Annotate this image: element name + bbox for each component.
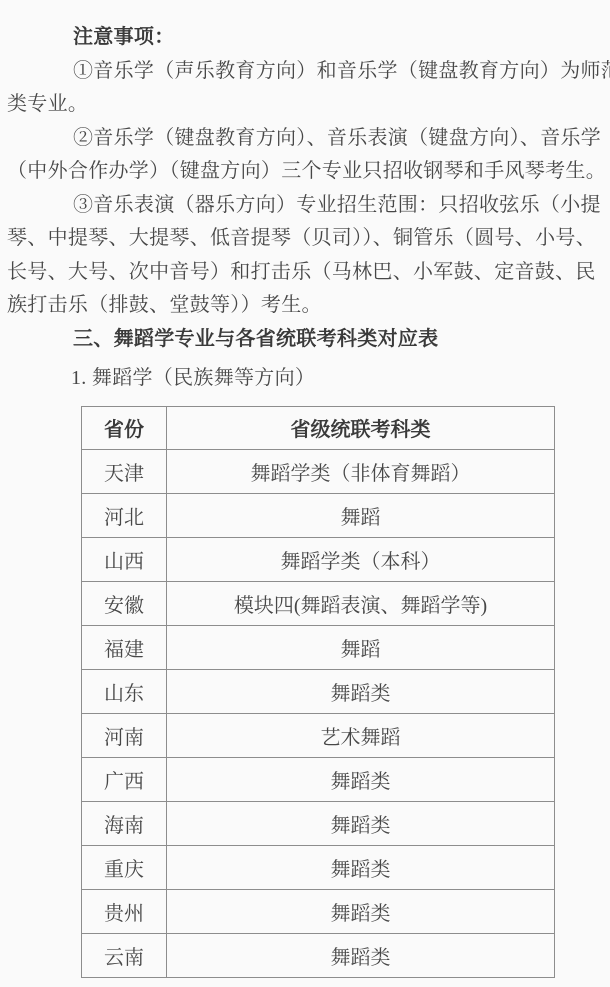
notice-line: 族打击乐（排鼓、堂鼓等））考生。 — [7, 289, 605, 323]
category-cell: 舞蹈类 — [167, 889, 555, 933]
notice-line: ②音乐学（键盘教育方向）、音乐表演（键盘方向）、音乐学 — [7, 122, 605, 156]
notice-line: ③音乐表演（器乐方向）专业招生范围：只招收弦乐（小提 — [7, 189, 605, 223]
category-cell: 舞蹈类 — [167, 933, 555, 977]
table-row: 重庆 舞蹈类 — [82, 845, 555, 889]
category-header-cell: 省级统联考科类 — [167, 406, 555, 449]
province-cell: 广西 — [82, 757, 167, 801]
province-cell: 山东 — [82, 669, 167, 713]
notice-line: 类专业。 — [7, 88, 605, 122]
category-cell: 舞蹈 — [167, 625, 555, 669]
province-cell: 云南 — [82, 933, 167, 977]
category-cell: 舞蹈类 — [167, 669, 555, 713]
document-page: 注意事项： ①音乐学（声乐教育方向）和音乐学（键盘教育方向）为师范 类专业。 ②… — [0, 0, 610, 987]
province-cell: 海南 — [82, 801, 167, 845]
table-row: 河北 舞蹈 — [82, 493, 555, 537]
notice-line: （中外合作办学）（键盘方向）三个专业只招收钢琴和手风琴考生。 — [7, 155, 605, 189]
table-row: 河南 艺术舞蹈 — [82, 713, 555, 757]
notice-paragraphs: ①音乐学（声乐教育方向）和音乐学（键盘教育方向）为师范 类专业。 ②音乐学（键盘… — [7, 55, 605, 323]
section-subheading: 1. 舞蹈学（民族舞等方向） — [7, 362, 605, 396]
dance-category-table: 省份 省级统联考科类 天津 舞蹈学类（非体育舞蹈） 河北 舞蹈 — [81, 406, 555, 978]
table-body: 天津 舞蹈学类（非体育舞蹈） 河北 舞蹈 山西 舞蹈学类（本科） 安徽 — [82, 449, 555, 977]
category-cell: 舞蹈学类（本科） — [167, 537, 555, 581]
table-row: 贵州 舞蹈类 — [82, 889, 555, 933]
province-cell: 贵州 — [82, 889, 167, 933]
table-header-row: 省份 省级统联考科类 — [82, 406, 555, 449]
province-cell: 安徽 — [82, 581, 167, 625]
category-cell: 艺术舞蹈 — [167, 713, 555, 757]
province-cell: 山西 — [82, 537, 167, 581]
table-row: 海南 舞蹈类 — [82, 801, 555, 845]
document-content: 注意事项： ①音乐学（声乐教育方向）和音乐学（键盘教育方向）为师范 类专业。 ②… — [0, 0, 610, 978]
table-row: 福建 舞蹈 — [82, 625, 555, 669]
province-cell: 重庆 — [82, 845, 167, 889]
table-row: 天津 舞蹈学类（非体育舞蹈） — [82, 449, 555, 493]
notice-line: 长号、大号、次中音号）和打击乐（马林巴、小军鼓、定音鼓、民 — [7, 256, 605, 290]
table-row: 广西 舞蹈类 — [82, 757, 555, 801]
notice-line: ①音乐学（声乐教育方向）和音乐学（键盘教育方向）为师范 — [7, 55, 605, 89]
category-cell: 舞蹈 — [167, 493, 555, 537]
notice-line: 琴、中提琴、大提琴、低音提琴（贝司））、铜管乐（圆号、小号、 — [7, 222, 605, 256]
table-row: 安徽 模块四(舞蹈表演、舞蹈学等) — [82, 581, 555, 625]
table-row: 山西 舞蹈学类（本科） — [82, 537, 555, 581]
category-cell: 舞蹈类 — [167, 801, 555, 845]
notice-title: 注意事项： — [7, 21, 605, 55]
category-cell: 舞蹈学类（非体育舞蹈） — [167, 449, 555, 493]
province-header-cell: 省份 — [82, 406, 167, 449]
category-cell: 舞蹈类 — [167, 845, 555, 889]
table-row: 山东 舞蹈类 — [82, 669, 555, 713]
province-cell: 河南 — [82, 713, 167, 757]
province-cell: 河北 — [82, 493, 167, 537]
category-cell: 舞蹈类 — [167, 757, 555, 801]
province-cell: 天津 — [82, 449, 167, 493]
category-cell: 模块四(舞蹈表演、舞蹈学等) — [167, 581, 555, 625]
province-cell: 福建 — [82, 625, 167, 669]
table-row: 云南 舞蹈类 — [82, 933, 555, 977]
section-heading: 三、舞蹈学专业与各省统联考科类对应表 — [7, 323, 605, 357]
